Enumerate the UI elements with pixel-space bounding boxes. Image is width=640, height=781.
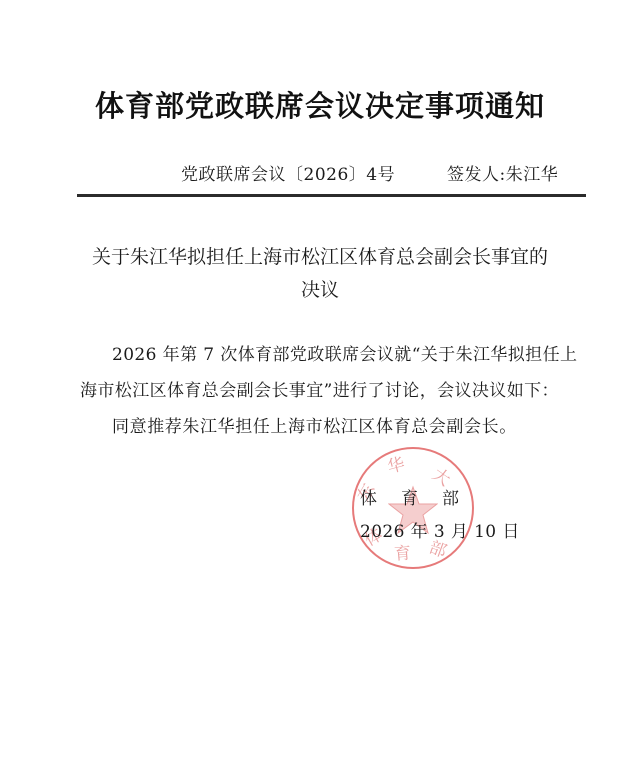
issue-date: 2026 年 3 月 10 日 [360, 517, 520, 542]
issuer-char: 部 [442, 484, 459, 509]
seal-ring-char: 华 [384, 449, 407, 478]
document-number: 党政联席会议〔2026〕4号 [181, 160, 395, 185]
document-title: 体育部党政联席会议决定事项通知 [0, 84, 640, 125]
issuer-char: 育 [401, 484, 418, 509]
subject-title-line2: 决议 [0, 275, 640, 302]
subject-title-line1: 关于朱江华拟担任上海市松江区体育总会副会长事宜的 [0, 242, 640, 269]
issuer: 体育部 [360, 484, 459, 509]
body-paragraph-2: 同意推荐朱江华担任上海市松江区体育总会副会长。 [112, 412, 517, 437]
seal-ring-char: 育 [393, 538, 412, 564]
body-paragraph-1-line-2: 海市松江区体育总会副会长事宜”进行了讨论，会议决议如下： [80, 376, 559, 401]
issuer-char: 体 [360, 484, 377, 509]
signer: 签发人:朱江华 [447, 160, 558, 185]
header-divider [77, 194, 586, 197]
body-paragraph-1-line-1: 2026 年第 7 次体育部党政联席会议就“关于朱江华拟担任上 [112, 340, 577, 365]
